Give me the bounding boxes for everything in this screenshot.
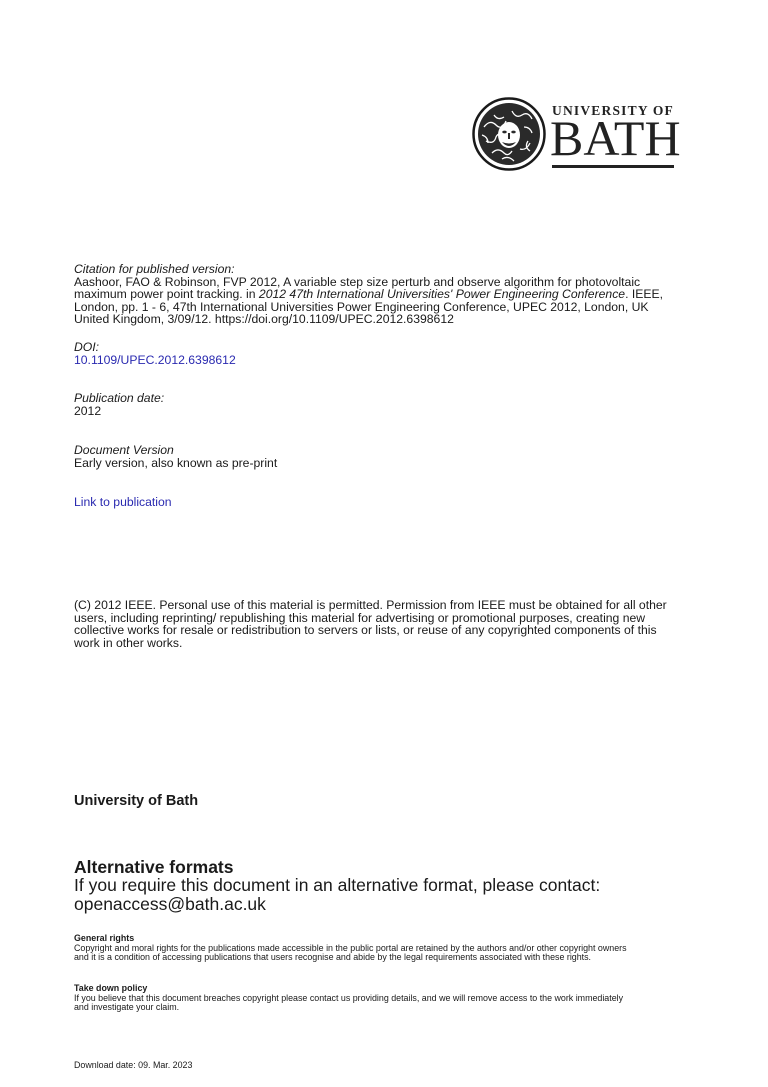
alternative-formats-body: If you require this document in an alter… [74, 876, 600, 913]
university-seal-icon [472, 97, 546, 171]
copyright-notice-line: (C) 2012 IEEE. Personal use of this mate… [74, 599, 667, 612]
institution-heading: University of Bath [74, 793, 198, 809]
citation-text: maximum power point tracking. in [74, 287, 259, 301]
doi-link[interactable]: 10.1109/UPEC.2012.6398612 [74, 354, 236, 367]
copyright-notice-line: collective works for resale or redistrib… [74, 624, 657, 637]
contact-email[interactable]: openaccess@bath.ac.uk [74, 895, 600, 914]
logo-bath: BATH [550, 113, 681, 163]
document-version-label: Document Version [74, 444, 174, 457]
publication-date-label: Publication date: [74, 392, 164, 405]
publication-date-value: 2012 [74, 405, 101, 418]
citation-text: . IEEE, [625, 287, 663, 301]
alternative-formats-text: If you require this document in an alter… [74, 876, 600, 895]
citation-line: United Kingdom, 3/09/12. https://doi.org… [74, 313, 454, 326]
copyright-notice-line: work in other works. [74, 637, 182, 650]
link-to-publication[interactable]: Link to publication [74, 496, 172, 509]
take-down-policy-line: and investigate your claim. [74, 1003, 179, 1013]
doi-label: DOI: [74, 341, 99, 354]
logo-underline [552, 165, 674, 168]
download-date: Download date: 09. Mar. 2023 [74, 1061, 192, 1071]
citation-label: Citation for published version: [74, 263, 235, 276]
citation-line: maximum power point tracking. in 2012 47… [74, 288, 663, 301]
conference-title: 2012 47th International Universities' Po… [259, 287, 625, 301]
document-version-value: Early version, also known as pre-print [74, 457, 277, 470]
university-logo: UNIVERSITY OF BATH [472, 97, 677, 172]
general-rights-line: and it is a condition of accessing publi… [74, 953, 591, 963]
